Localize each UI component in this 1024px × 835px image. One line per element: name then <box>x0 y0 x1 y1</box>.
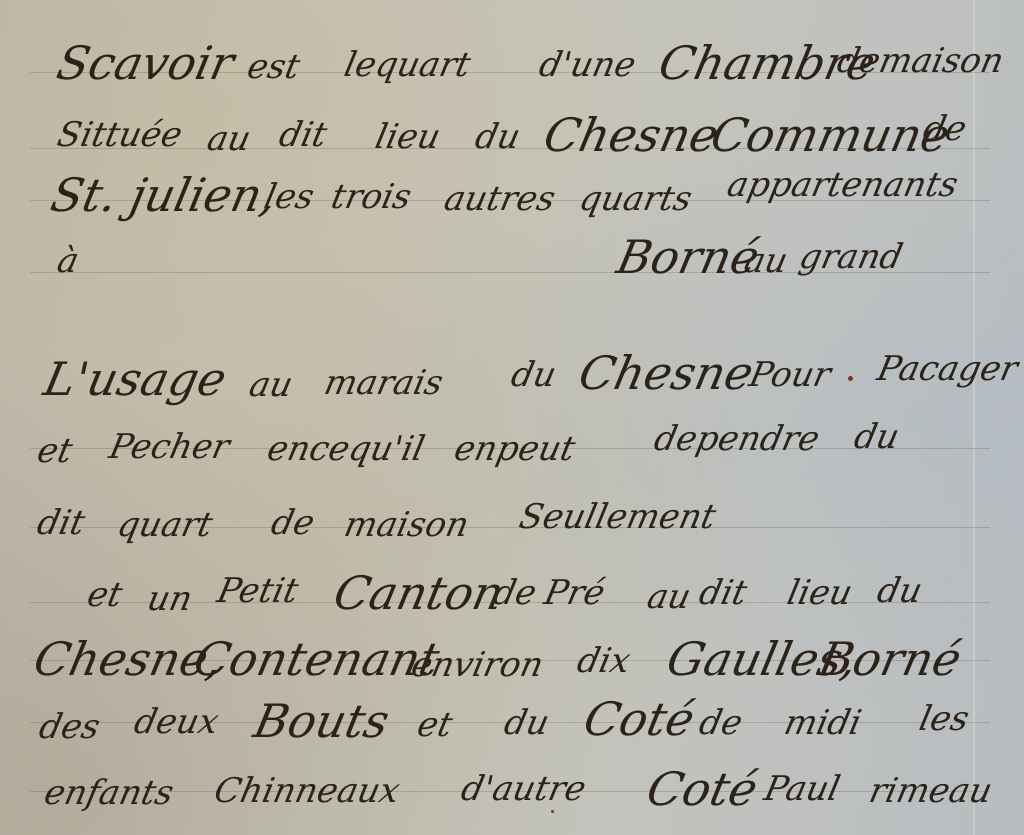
word: quarts <box>576 182 695 216</box>
word: Pré <box>541 576 607 610</box>
word: et <box>34 434 75 468</box>
word: Scavoir <box>53 40 238 86</box>
word: dit <box>696 576 750 610</box>
word: Petit <box>214 574 301 608</box>
word: Contenant <box>190 636 443 682</box>
word: de <box>920 112 969 146</box>
word: Chesne <box>540 112 722 158</box>
word: au <box>204 122 253 156</box>
word: du <box>501 706 552 740</box>
word: Borné <box>613 234 763 280</box>
word: Coté <box>643 766 761 812</box>
word: et <box>414 708 455 742</box>
word: appartenants <box>724 168 961 202</box>
word: d'une <box>536 48 638 82</box>
word: demaison <box>834 44 1006 78</box>
word: Borné <box>815 636 965 682</box>
word: Sittuée <box>54 118 185 152</box>
word: Bouts <box>250 698 393 744</box>
word: Chesne <box>575 350 757 396</box>
word: midi <box>781 706 864 740</box>
word: Pecher <box>106 430 232 464</box>
word: grand <box>796 240 905 274</box>
word: autres <box>441 182 558 216</box>
word: enpeut <box>451 432 578 466</box>
word: environ <box>408 648 546 682</box>
word: Canton <box>330 570 508 616</box>
word: au <box>246 368 295 402</box>
word: St. julien, <box>47 172 281 218</box>
word: du <box>508 358 559 392</box>
word: marais <box>321 366 446 400</box>
word: d'autre <box>458 772 589 806</box>
word: maison <box>341 508 471 542</box>
word: lequart <box>341 48 473 82</box>
word: de <box>268 506 317 540</box>
word: Coté <box>580 696 698 742</box>
word: de <box>696 706 745 740</box>
paper-fold <box>973 0 975 835</box>
word: Seullement <box>516 500 718 534</box>
word: de <box>490 576 539 610</box>
word: les <box>916 702 972 736</box>
word: L'usage <box>40 356 230 402</box>
word: lieu <box>784 576 855 610</box>
word: du <box>851 420 902 454</box>
word: Paul <box>761 772 843 806</box>
word: et <box>84 578 125 612</box>
word: dix <box>574 644 633 678</box>
ink-stain <box>551 810 554 813</box>
word: Pour <box>746 358 833 392</box>
word: dit <box>34 506 88 540</box>
word: dependre <box>651 422 822 456</box>
word: un <box>144 582 195 616</box>
word: les <box>261 180 317 214</box>
word: trois <box>328 180 414 214</box>
word: Commune <box>707 112 953 158</box>
word: Pacager <box>874 352 1020 386</box>
word: enfants <box>41 776 176 810</box>
word: du <box>472 120 523 154</box>
word: deux <box>131 705 221 739</box>
word: encequ'il <box>264 432 427 466</box>
word: au <box>644 580 693 614</box>
word: du <box>874 574 925 608</box>
ink-stain <box>848 376 853 381</box>
word: rimeau <box>866 774 995 808</box>
word: Chinneaux <box>211 774 402 808</box>
word: est <box>244 50 302 84</box>
word: quart <box>114 508 215 542</box>
word: des <box>36 710 103 744</box>
word: dit <box>276 118 330 152</box>
word: lieu <box>372 120 443 154</box>
word: au <box>741 244 790 278</box>
